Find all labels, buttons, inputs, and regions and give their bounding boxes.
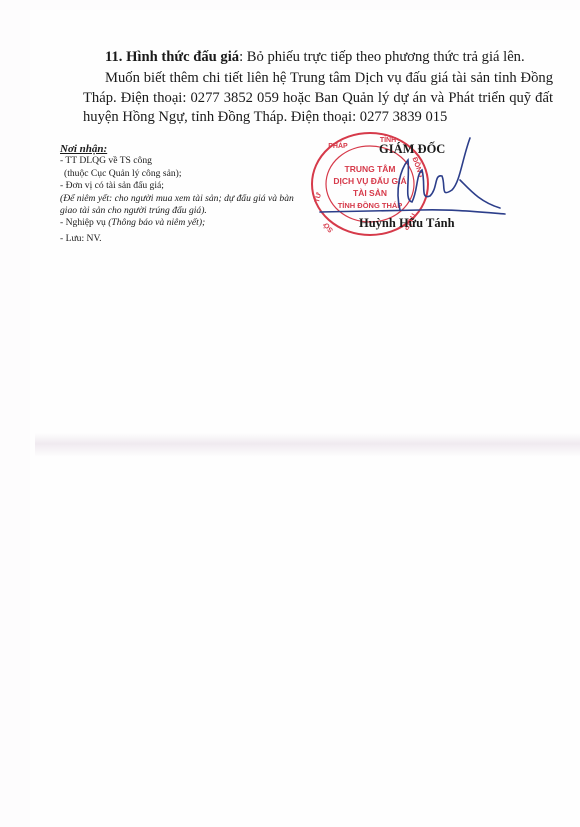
signatory-name: Huỳnh Hữu Tánh [359,216,455,231]
scan-artifact [35,433,580,457]
recipient-item: - Đơn vị có tài sản đấu giá; [60,180,310,192]
recipient-note: (Để niêm yết: cho người mua xem tài sản;… [60,193,310,218]
recipient-item: (thuộc Cục Quản lý công sản); [60,168,310,180]
recipient-item: - TT DLQG về TS công [60,155,310,167]
recipients-block: Nơi nhận: - TT DLQG về TS công (thuộc Cụ… [60,143,310,245]
contact-paragraph: Muốn biết thêm chi tiết liên hệ Trung tâ… [83,69,553,128]
signatory-title: GIÁM ĐỐC [379,142,445,157]
auction-method-text: : Bỏ phiếu trực tiếp theo phương thức tr… [239,49,525,65]
contact-text: Muốn biết thêm chi tiết liên hệ Trung tâ… [83,70,553,125]
recipient-item: - Nghiệp vụ (Thông báo và niêm yết); [60,217,310,229]
recipient-item: - Lưu: NV. [60,233,310,245]
auction-method-paragraph: 11. Hình thức đấu giá: Bỏ phiếu trực tiế… [105,49,525,66]
recipients-title: Nơi nhận: [60,143,310,155]
auction-method-heading: 11. Hình thức đấu giá [105,49,239,65]
